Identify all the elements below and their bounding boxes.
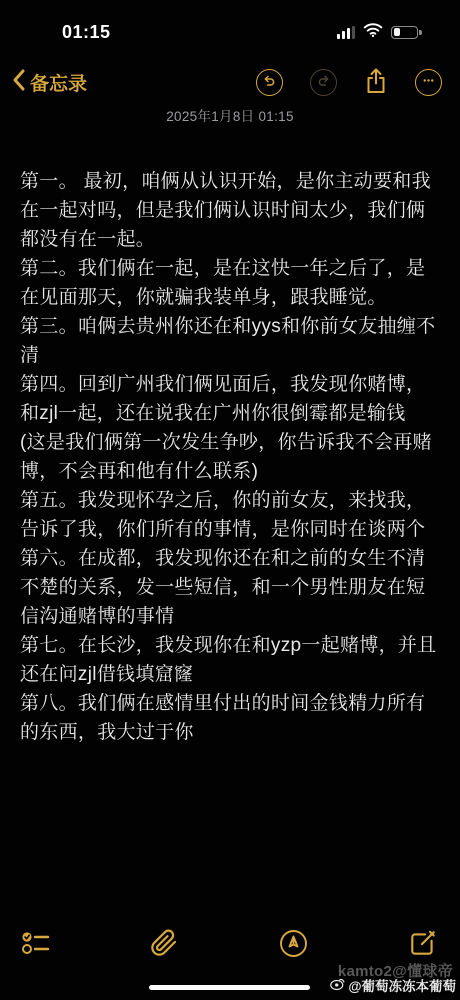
redo-button[interactable]	[310, 69, 337, 96]
back-button[interactable]: 备忘录	[12, 69, 87, 96]
note-paragraph: 第四。回到广州我们俩见面后，我发现你赌博，和zjl一起，还在说我在广州你很倒霉都…	[20, 370, 443, 428]
note-paragraph: 第一。 最初，咱俩从认识开始，是你主动要和我在一起对吗，但是我们俩认识时间太少，…	[20, 167, 443, 254]
share-icon	[364, 67, 388, 98]
status-time: 01:15	[62, 22, 111, 43]
back-button-label: 备忘录	[30, 69, 87, 96]
undo-button[interactable]	[256, 69, 283, 96]
nav-actions	[256, 67, 442, 98]
weibo-watermark: @葡萄冻冻本葡萄	[330, 975, 456, 995]
attachment-button[interactable]	[150, 929, 178, 957]
status-bar: 01:15	[0, 0, 460, 54]
note-paragraph: 第二。我们俩在一起，是在这快一年之后了，是在见面那天，你就骗我装单身，跟我睡觉。	[20, 254, 443, 312]
weibo-watermark-text: @葡萄冻冻本葡萄	[348, 975, 456, 995]
note-date: 2025年1月8日 01:15	[0, 105, 460, 125]
markup-button[interactable]	[277, 927, 310, 960]
notes-app-screen: 01:15	[0, 0, 460, 1000]
wifi-icon	[363, 22, 383, 42]
note-paragraph: 第六。在成都，我发现你还在和之前的女生不清不楚的关系，发一些短信，和一个男性朋友…	[20, 544, 443, 631]
paperclip-icon	[150, 929, 178, 957]
note-paragraph: 第七。在长沙，我发现你在和yzp一起赌博，并且还在问zjl借钱填窟窿	[20, 631, 443, 689]
note-paragraph: 第八。我们俩在感情里付出的时间金钱精力所有的东西，我大过于你	[20, 689, 443, 747]
checklist-button[interactable]	[20, 929, 52, 957]
ellipsis-icon	[421, 73, 436, 91]
compose-button[interactable]	[408, 928, 438, 958]
battery-icon	[391, 26, 418, 39]
note-content[interactable]: 第一。 最初，咱俩从认识开始，是你主动要和我在一起对吗，但是我们俩认识时间太少，…	[0, 167, 460, 747]
checklist-icon	[20, 929, 52, 957]
note-paragraph: 第三。咱俩去贵州你还在和yys和你前女友抽缠不清	[20, 312, 443, 370]
redo-icon	[316, 73, 331, 91]
home-indicator[interactable]	[149, 985, 310, 990]
chevron-left-icon	[12, 69, 26, 96]
more-button[interactable]	[415, 69, 442, 96]
weibo-logo-icon	[330, 977, 345, 993]
status-icons	[337, 22, 419, 42]
compose-icon	[408, 928, 438, 958]
share-button[interactable]	[364, 67, 388, 98]
note-paragraph: 第五。我发现怀孕之后，你的前女友，来找我，告诉了我，你们所有的事情，是你同时在谈…	[20, 486, 443, 544]
cellular-signal-icon	[337, 26, 356, 39]
note-paragraph: (这是我们俩第一次发生争吵，你告诉我不会再赌博，不会再和他有什么联系)	[20, 428, 443, 486]
nav-bar: 备忘录	[0, 60, 460, 104]
markup-pen-icon	[277, 927, 310, 960]
undo-icon	[262, 73, 277, 91]
